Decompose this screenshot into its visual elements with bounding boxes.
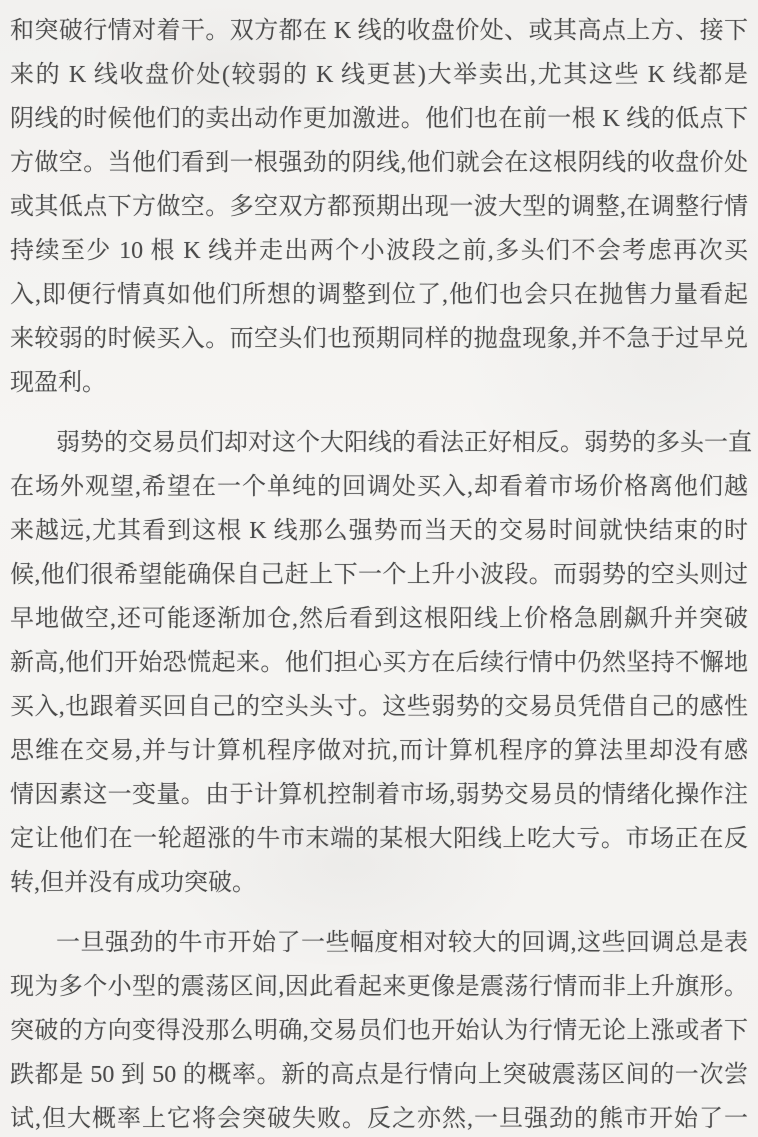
text-line: 弱势的交易员们却对这个大阳线的看法正好相反。弱势的多头一直 [10, 421, 748, 465]
text-line: 定让他们在一轮超涨的牛市末端的某根大阳线上吃大亏。市场正在反 [10, 817, 748, 861]
page-body-text: 和突破行情对着干。双方都在 K 线的收盘价处、或其高点上方、接下 来的 K 线收… [0, 0, 758, 1137]
text-line: 思维在交易,并与计算机程序做对抗,而计算机程序的算法里却没有感 [10, 729, 748, 773]
text-line: 在场外观望,希望在一个单纯的回调处买入,却看着市场价格离他们越 [10, 465, 748, 509]
text-line: 现为多个小型的震荡区间,因此看起来更像是震荡行情而非上升旗形。 [10, 965, 748, 1009]
text-line: 阴线的时候他们的卖出动作更加激进。他们也在前一根 K 线的低点下 [10, 97, 748, 141]
text-line: 持续至少 10 根 K 线并走出两个小波段之前,多头们不会考虑再次买 [10, 229, 748, 273]
text-line: 或其低点下方做空。多空双方都预期出现一波大型的调整,在调整行情 [10, 185, 748, 229]
text-line: 候,他们很希望能确保自己赶上下一个上升小波段。而弱势的空头则过 [10, 553, 748, 597]
text-line: 方做空。当他们看到一根强劲的阴线,他们就会在这根阴线的收盘价处 [10, 141, 748, 185]
text-line: 转,但并没有成功突破。 [10, 861, 748, 905]
text-line: 情因素这一变量。由于计算机控制着市场,弱势交易员的情绪化操作注 [10, 773, 748, 817]
text-line: 一旦强劲的牛市开始了一些幅度相对较大的回调,这些回调总是表 [10, 921, 748, 965]
text-line: 现盈利。 [10, 361, 748, 405]
text-line: 来越远,尤其看到这根 K 线那么强势而当天的交易时间就快结束的时 [10, 509, 748, 553]
text-line: 来较弱的时候买入。而空头们也预期同样的抛盘现象,并不急于过早兑 [10, 317, 748, 361]
text-line: 来的 K 线收盘价处(较弱的 K 线更甚)大举卖出,尤其这些 K 线都是 [10, 53, 748, 97]
text-line: 入,即便行情真如他们所想的调整到位了,他们也会只在抛售力量看起 [10, 273, 748, 317]
text-line: 突破的方向变得没那么明确,交易员们也开始认为行情无论上涨或者下 [10, 1009, 748, 1053]
text-line: 和突破行情对着干。双方都在 K 线的收盘价处、或其高点上方、接下 [10, 9, 748, 53]
text-line: 新高,他们开始恐慌起来。他们担心买方在后续行情中仍然坚持不懈地 [10, 641, 748, 685]
scanned-book-page: { "page": { "kind": "scanned-book-page",… [0, 0, 758, 1137]
text-line: 跌都是 50 到 50 的概率。新的高点是行情向上突破震荡区间的一次尝 [10, 1053, 748, 1097]
text-line: 试,但大概率上它将会突破失败。反之亦然,一旦强劲的熊市开始了一 [10, 1097, 748, 1137]
text-line: 买入,也跟着买回自己的空头头寸。这些弱势的交易员凭借自己的感性 [10, 685, 748, 729]
text-line: 早地做空,还可能逐渐加仓,然后看到这根阳线上价格急剧飙升并突破 [10, 597, 748, 641]
